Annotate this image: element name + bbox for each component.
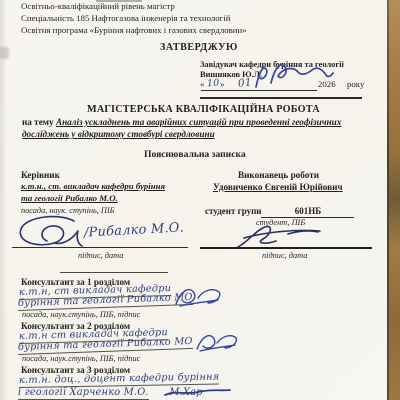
supervisor-sign-caption: підпис, дата — [78, 251, 123, 260]
scanned-thesis-title-page: Освітньо-кваліфікаційний рівень магістр … — [0, 0, 400, 400]
executor-name: Удовиченко Євгеній Юрійович — [213, 182, 343, 192]
approve-heading: ЗАТВЕРДЖУЮ — [160, 42, 238, 53]
supervisor-position-line2: та геології Рибалко М.О. — [21, 194, 118, 204]
theme-text-line1: Аналіз ускладнень та аварійних ситуацій … — [56, 117, 341, 127]
executor-signature-line — [200, 247, 372, 249]
scan-left-shadow — [0, 0, 7, 400]
consultant2-signature-ink — [193, 330, 238, 356]
dept-head-signature-ink — [250, 59, 335, 91]
approval-rule — [200, 97, 362, 99]
consultant3-signature-ink — [162, 386, 232, 398]
theme-text-line2: досліджень у відкритому стовбурі свердло… — [22, 129, 215, 139]
explanatory-note-subtitle: Пояснювальна записка — [144, 150, 246, 161]
supervisor-label: Керівник — [21, 170, 60, 180]
consultant1-signature-ink — [172, 284, 222, 310]
student-group-row: студент групи601НБ — [205, 207, 354, 218]
consultant1-caption: посада, наук.ступінь, ПІБ, підпис — [22, 310, 140, 319]
cut-off-text-fragment — [96, 0, 142, 2]
date-open-quote: « — [200, 80, 204, 90]
executor-label: Виконавець роботи — [238, 170, 319, 180]
supervisor-signature-name: /Рибалко М.О. — [84, 221, 185, 241]
scan-smudge — [0, 47, 9, 59]
student-group-label: студент групи — [205, 206, 261, 216]
work-title: МАГІСТЕРСЬКА КВАЛІФІКАЦІЙНА РОБОТА — [87, 104, 320, 115]
date-year-suffix: року — [347, 80, 364, 90]
theme-label: на тему — [22, 117, 54, 127]
consultant3-hand-line2: і геології Харченко М.О. — [18, 387, 149, 400]
date-day-handwritten: 10 — [207, 79, 220, 90]
student-group-value: 601НБ — [261, 207, 354, 218]
supervisor-signature-ink — [12, 214, 90, 250]
program-line: Освітня програма «Буріння нафтових і газ… — [21, 26, 247, 36]
supervisor-position-line1: к.т.н., ст. викладач кафедри буріння — [21, 182, 165, 192]
specialty-line: Спеціальність 185 Нафтогазова інженерія … — [21, 14, 230, 24]
consultant1-top-rule — [60, 272, 168, 273]
supervisor-signature-line — [12, 247, 188, 248]
date-close-quote: » — [220, 80, 224, 90]
desk-background-strip — [389, 0, 400, 400]
education-level-line: Освітньо-кваліфікаційний рівень магістр — [21, 2, 175, 12]
consultant2-caption: посада, наук.ступінь, ПІБ, підпис — [22, 354, 140, 363]
executor-sign-caption: підпис, дата — [262, 251, 307, 260]
